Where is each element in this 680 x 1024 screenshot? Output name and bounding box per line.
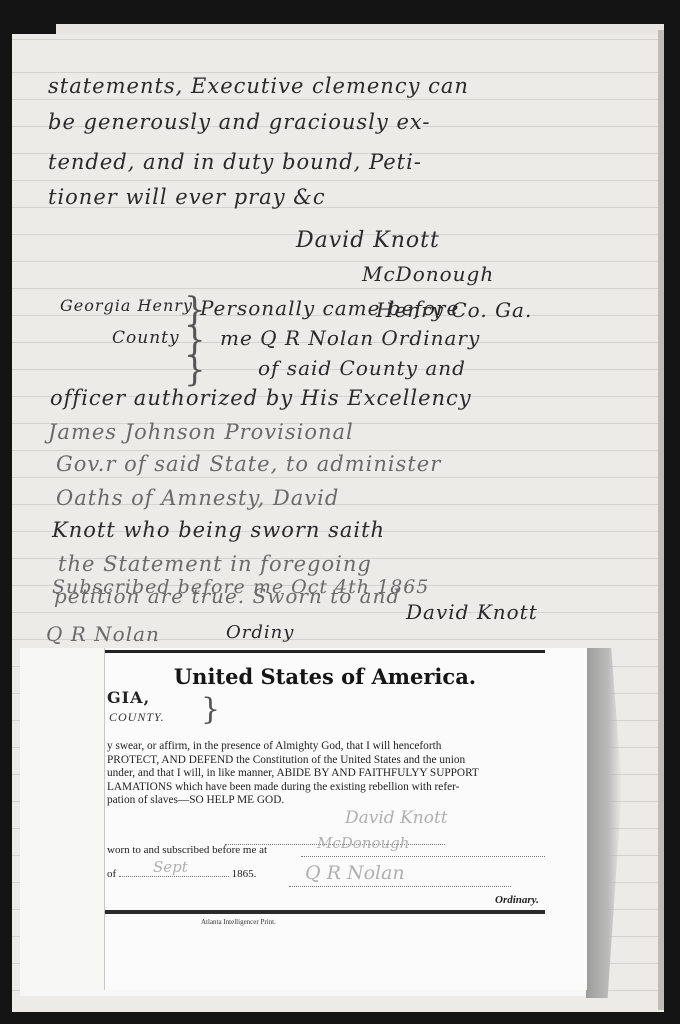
oath-line-2: PROTECT, AND DEFEND the Constitution of …	[107, 754, 547, 768]
oath-line-4: LAMATIONS which have been made during th…	[107, 781, 547, 795]
form-year: 1865.	[232, 868, 257, 880]
place-line	[301, 856, 545, 857]
petitioner-signature: David Knott	[296, 228, 440, 253]
date-blank	[119, 876, 229, 877]
oath-line-5: pation of slaves—SO HELP ME GOD.	[107, 794, 547, 808]
affidavit-line-7: Oaths of Amnesty, David	[56, 486, 339, 510]
deponent-signature: David Knott	[406, 600, 538, 624]
affidavit-line-1: Personally came before	[200, 296, 459, 320]
affidavit-line-4: officer authorized by His Excellency	[50, 386, 472, 410]
venue-state: Georgia Henry	[60, 296, 193, 315]
date-fill: Sept	[153, 858, 188, 876]
venue-brace: }	[184, 350, 206, 390]
petition-line-3: tended, and in duty bound, Peti-	[48, 150, 422, 174]
sworn-line: worn to and subscribed before me at	[107, 844, 267, 856]
printer-imprint: Atlanta Intelligencer Print.	[201, 918, 276, 926]
affidavit-line-5: James Johnson Provisional	[48, 420, 354, 444]
oath-line-3: under, and that I will, in like manner, …	[107, 767, 547, 781]
date-prefix: of	[107, 868, 116, 880]
form-state: GIA,	[107, 688, 150, 707]
form-county-label: COUNTY.	[109, 710, 165, 725]
affidavit-line-11: Subscribed before me Oct 4th 1865	[52, 576, 429, 598]
officer-line	[289, 886, 511, 887]
petition-line-2: be generously and graciously ex-	[48, 110, 430, 134]
oath-line-1: y swear, or affirm, in the presence of A…	[107, 740, 547, 754]
form-title: United States of America.	[105, 664, 545, 689]
top-rule	[105, 650, 545, 653]
oath-text: y swear, or affirm, in the presence of A…	[107, 740, 547, 808]
affidavit-line-8: Knott who being sworn saith	[52, 518, 385, 542]
bottom-rule	[105, 910, 545, 914]
petition-line-1: statements, Executive clemency can	[48, 74, 469, 98]
paper-right-edge	[658, 30, 664, 1010]
official-title: Ordiny	[226, 622, 294, 643]
printed-oath-form: United States of America. GIA, COUNTY. }…	[104, 648, 587, 990]
petitioner-town: McDonough	[362, 262, 494, 286]
venue-county: County	[112, 328, 180, 348]
oath-place: McDonough	[317, 834, 409, 852]
affidavit-line-2: me Q R Nolan Ordinary	[220, 326, 480, 350]
form-brace: }	[201, 692, 220, 727]
official-signature: Q R Nolan	[46, 622, 160, 646]
affidavit-line-3: of said County and	[258, 356, 466, 380]
officer-signature: Q R Nolan	[305, 862, 405, 884]
affidavit-line-6: Gov.r of said State, to administer	[56, 452, 441, 476]
officer-label: Ordinary.	[495, 894, 539, 906]
petition-line-4: tioner will ever pray &c	[48, 185, 326, 209]
affidavit-line-9: the Statement in foregoing	[58, 552, 372, 576]
oath-signature: David Knott	[345, 808, 448, 828]
